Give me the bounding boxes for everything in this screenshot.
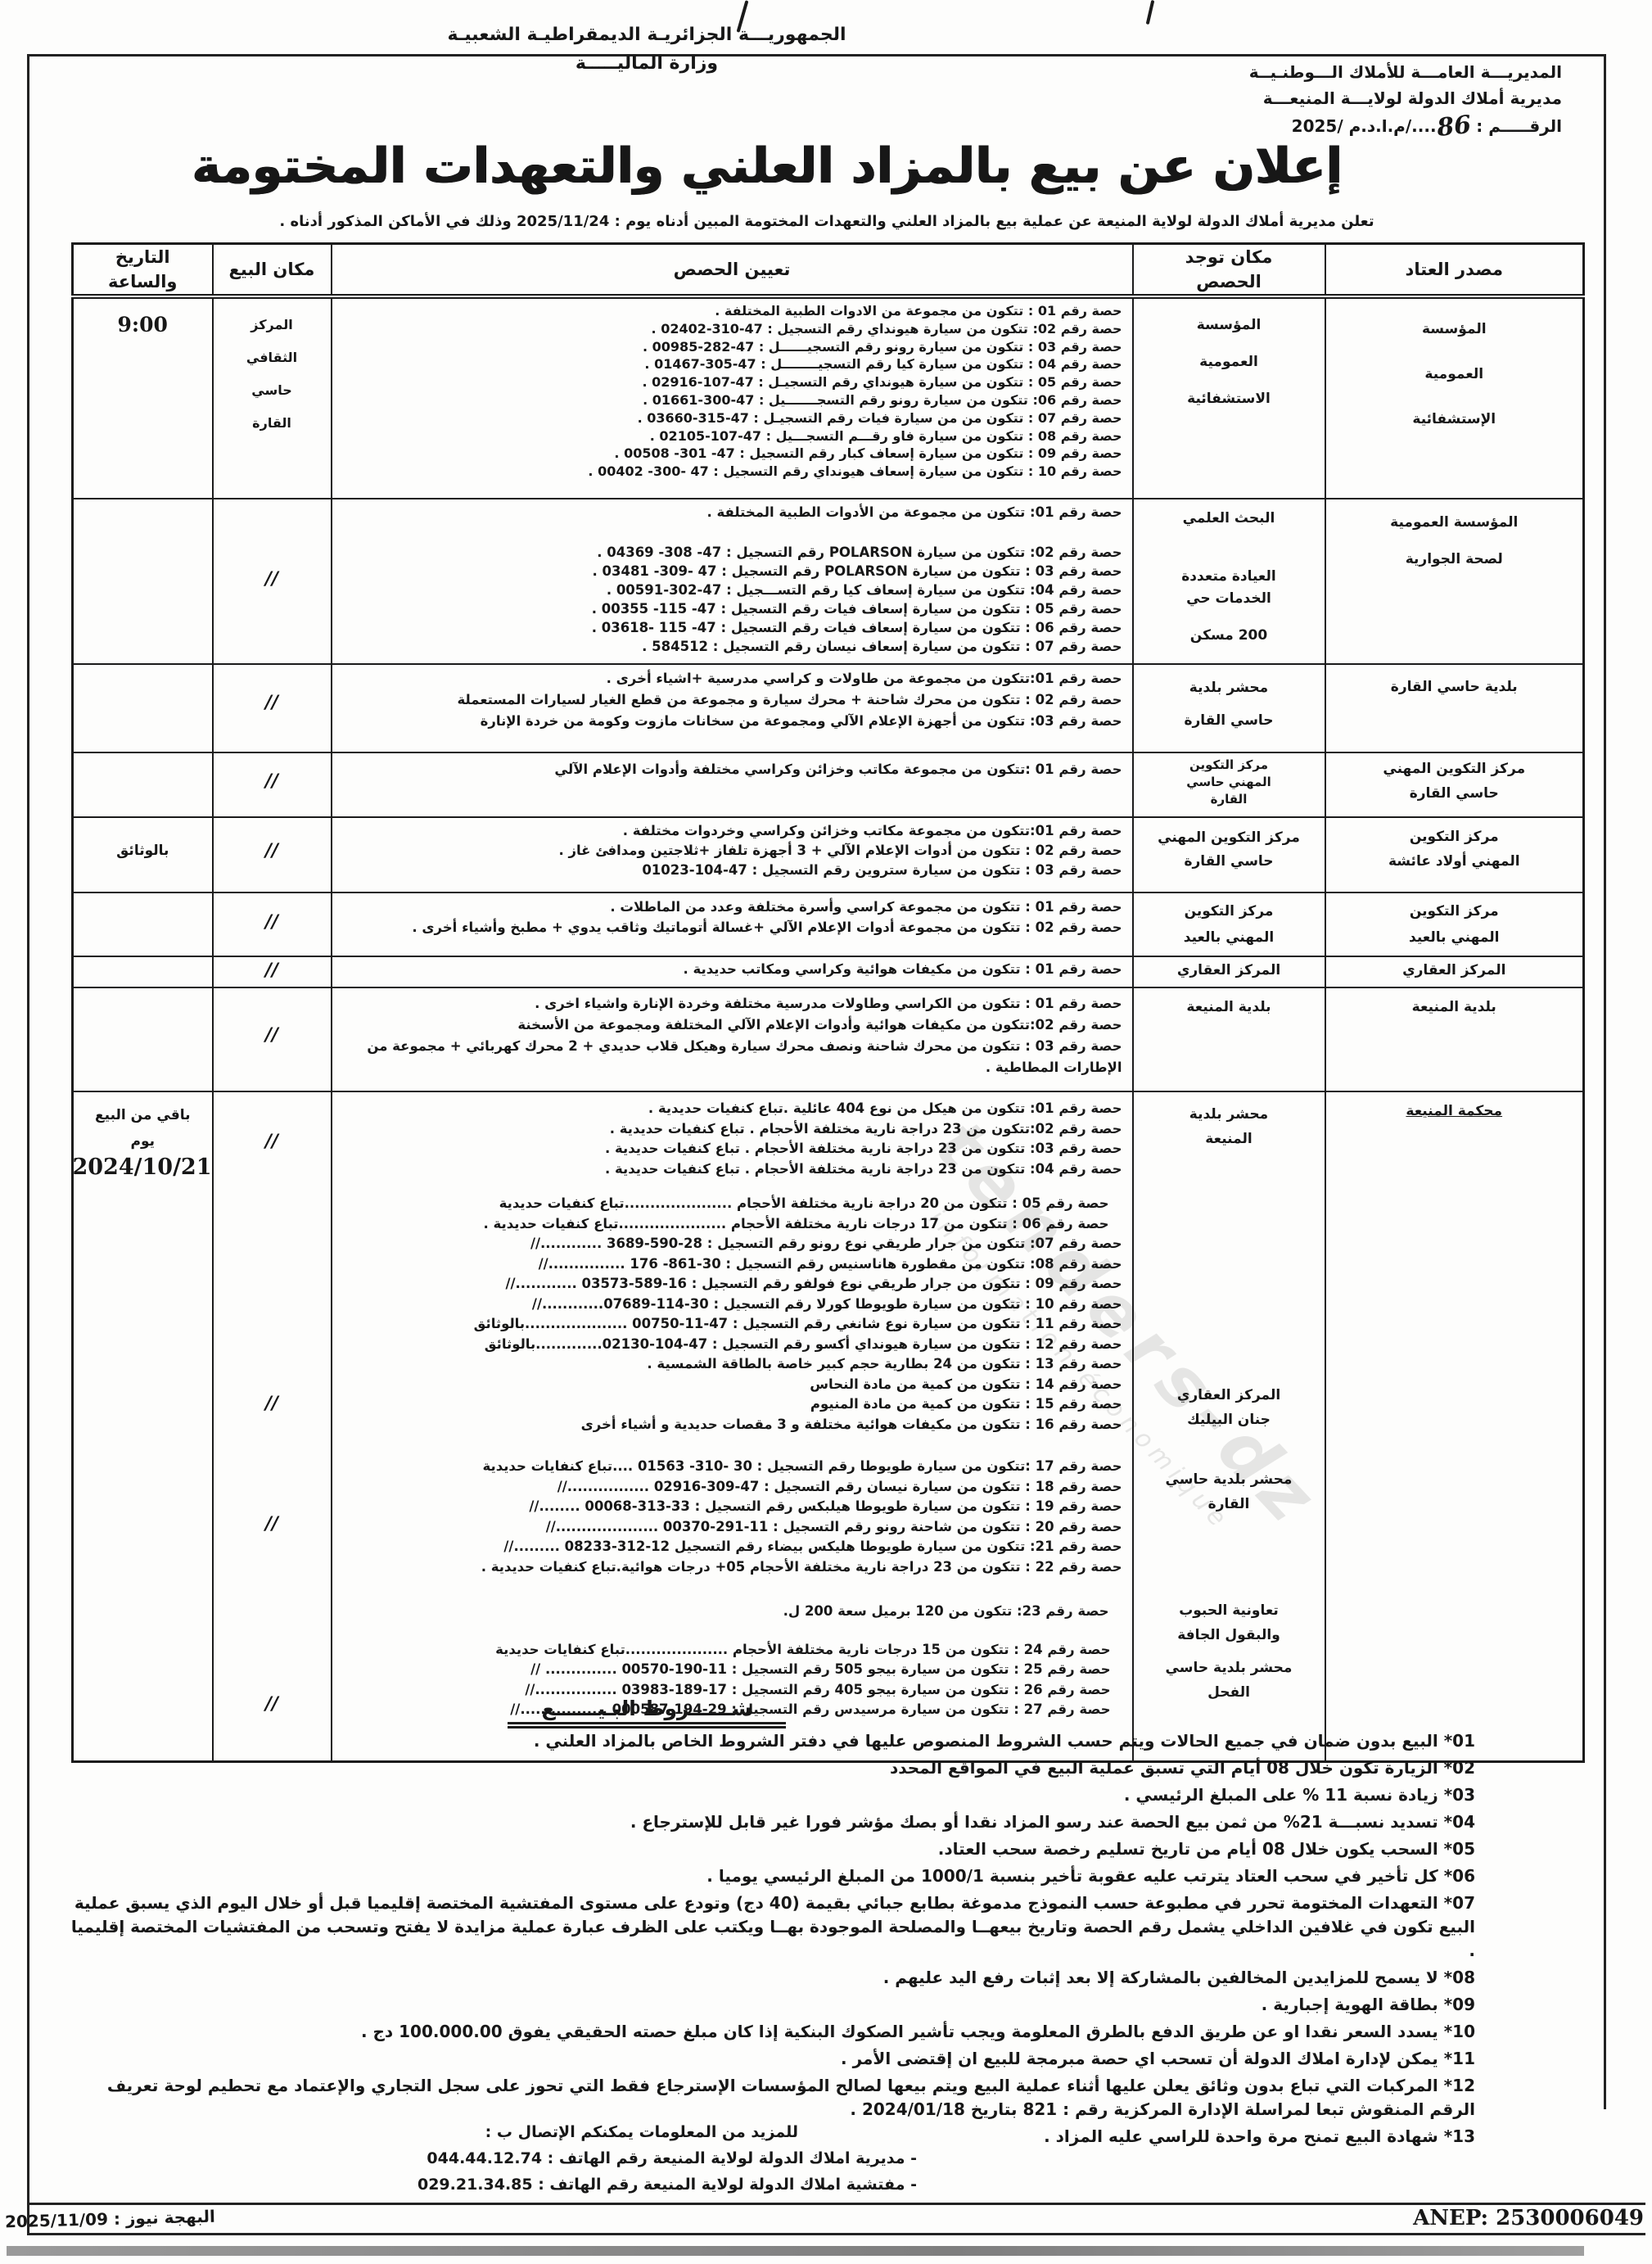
location-block: العيادة متعددةالخدمات حي: [1134, 566, 1325, 610]
condition-item: 01* البيع بدون ضمان في جميع الحالات ويتم…: [65, 1729, 1475, 1753]
source-line: المهني أولاد عائشة: [1326, 849, 1583, 874]
location-line: المهني بالعيد: [1134, 924, 1325, 951]
ditto-mark: //: [214, 1394, 331, 1414]
location-line: المنيعة: [1134, 1127, 1325, 1151]
location-block: محشر بلدية حاسيالقارة: [1134, 1467, 1325, 1516]
table-row: محكمة المنيعةمحشر بلديةالمنيعةالمركز الع…: [73, 1091, 1584, 1762]
location-line: محشر بلدية: [1134, 1102, 1325, 1127]
page-border-left: [27, 54, 29, 2234]
lot-line: حصة رقم 21: تتكون من سيارة طويوطا هليكس …: [332, 1537, 1132, 1557]
cell-datetime: [73, 987, 213, 1091]
equipment-source-content: مركز التكوين المهنيحاسي القارة: [1326, 753, 1583, 813]
equipment-source-content: المؤسسةالعموميةالإستشفائية: [1326, 299, 1583, 493]
intro-text: تعلن مديرية أملاك الدولة لولاية المنيعة …: [98, 213, 1555, 230]
cell-lots-designation: حصة رقم 01:تتكون من مجموعة من طاولات و ك…: [332, 664, 1133, 752]
cell-equipment-source: بلدية المنيعة: [1325, 987, 1584, 1091]
condition-item: 12* المركبات التي تباع بدون وثائق يعلن ع…: [65, 2074, 1475, 2122]
cell-lots-designation: حصة رقم 01: تتكون من مجموعة من الأدوات ا…: [332, 499, 1133, 664]
cell-datetime: [73, 499, 213, 664]
lot-line: حصة رقم 23: تتكون من 120 برميل سعة 200 ل…: [332, 1602, 1132, 1622]
cell-sale-place: //: [213, 664, 332, 752]
location-line: البحث العلمي: [1134, 508, 1325, 530]
location-block: تعاونية الحبوبوالبقول الجافة: [1134, 1598, 1325, 1647]
footer-rule-top: [27, 2203, 1645, 2205]
equipment-source-content: بلدية المنيعة: [1326, 988, 1583, 1091]
column-header: التاريخ والساعة: [73, 244, 213, 297]
location-line: مركز التكوين: [1134, 898, 1325, 924]
lots-location-content: مركز التكوينالمهني بالعيد: [1134, 893, 1325, 956]
table-row: مركز التكوين المهنيحاسي القارةمركز التكو…: [73, 752, 1584, 817]
lots-designation-content: حصة رقم 01:تتكون من مجموعة مكاتب وخزائن …: [332, 818, 1132, 887]
lot-line: حصة رقم 07 : تتكون من سيارة إسعاف نيسان …: [332, 637, 1132, 656]
lots-designation-content: حصة رقم 01 : تتكون من مكيفات هوائية وكرا…: [332, 957, 1132, 986]
lot-line: حصة رقم 16 : تتكون من مكيفات هوائية مختل…: [332, 1415, 1132, 1435]
cell-lots-location: المركز العقاري: [1133, 956, 1325, 987]
scanned-auction-announcement: { "header": { "republic": "الجمهوريـــة …: [0, 0, 1652, 2264]
location-block: مركز التكوينالمهني بالعيد: [1134, 898, 1325, 951]
cell-lots-location: محشر بلديةحاسي القارة: [1133, 664, 1325, 752]
lot-line: حصة رقم 14 : تتكون من كمية من مادة النحا…: [332, 1375, 1132, 1395]
lot-line: حصة رقم 01 : تتكون من مكيفات هوائية وكرا…: [332, 960, 1132, 979]
lot-line: حصة رقم 03 : تتكون من سيارة رونو رقم الت…: [332, 338, 1132, 356]
location-line: حاسي القارة: [1134, 704, 1325, 737]
table-row: بلدية حاسي القارةمحشر بلديةحاسي القارةحص…: [73, 664, 1584, 752]
cell-equipment-source: محكمة المنيعة: [1325, 1091, 1584, 1762]
location-line: الخدمات حي: [1134, 588, 1325, 610]
lot-line: حصة رقم 01: تتكون من هيكل من نوع 404 عائ…: [332, 1099, 1132, 1119]
cell-sale-place: المركزالثقافيحاسيالقارة: [213, 296, 332, 499]
equipment-source-content: المركز العقاري: [1326, 957, 1583, 987]
table-row: المركز العقاريالمركز العقاريحصة رقم 01 :…: [73, 956, 1584, 987]
lot-line: حصة رقم 04: تتكون من 23 دراجة نارية مختل…: [332, 1159, 1132, 1180]
datetime-content: باقي من البيعيوم2024/10/21: [74, 1092, 212, 1760]
location-line: مركز التكوين المهني: [1134, 826, 1325, 850]
table-row: مركز التكوينالمهني أولاد عائشةمركز التكو…: [73, 817, 1584, 892]
lot-line: حصة رقم 22 : تتكون من 23 دراجة نارية مخت…: [332, 1557, 1132, 1578]
lot-line: حصة رقم 04 : تتكون من سيارة كيا رقم التس…: [332, 355, 1132, 373]
lot-line: حصة رقم 02 : تتكون من مجموعة أدوات الإعل…: [332, 917, 1132, 938]
lot-line: حصة رقم 18 : تتكون من سيارة نيسان رقم ال…: [332, 1477, 1132, 1498]
location-block: مركز التكوينالمهني حاسيالقارة: [1134, 757, 1325, 808]
location-line: حاسي القارة: [1134, 850, 1325, 874]
lot-line: حصة رقم 02: تتكون من سيارة هيونداي رقم ا…: [332, 320, 1132, 338]
lot-line: حصة رقم 11 : تتكون من سيارة نوع شانغي رق…: [332, 1314, 1132, 1335]
datetime-line: 2024/10/21: [74, 1155, 212, 1181]
cell-equipment-source: المؤسسةالعموميةالإستشفائية: [1325, 296, 1584, 499]
sale-place-content: //: [214, 499, 331, 658]
cell-datetime: [73, 664, 213, 752]
table-row: المؤسسةالعموميةالإستشفائيةالمؤسسةالعمومي…: [73, 296, 1584, 499]
cell-lots-location: محشر بلديةالمنيعةالمركز العقاريجنان البي…: [1133, 1091, 1325, 1762]
source-line: مركز التكوين: [1326, 825, 1583, 849]
sale-place-content: //: [214, 753, 331, 810]
lot-line: حصة رقم 06 : تتكون من سيارة إسعاف فيات ر…: [332, 618, 1132, 637]
location-line: والبقول الجافة: [1134, 1623, 1325, 1647]
location-line: محشر بلدية: [1134, 671, 1325, 704]
datetime-content: بالوثائق: [74, 818, 212, 883]
cell-datetime: 9:00: [73, 296, 213, 499]
table-row: المؤسسة العموميةلصحة الجواريةالبحث العلم…: [73, 499, 1584, 664]
cell-lots-designation: حصة رقم 01: تتكون من هيكل من نوع 404 عائ…: [332, 1091, 1133, 1762]
ditto-mark: //: [265, 771, 278, 792]
source-line: حاسي القارة: [1326, 781, 1583, 806]
conditions-title: شــــــروط البـيــــــع: [508, 1697, 786, 1729]
lot-line: حصة رقم 02:تتكون من مكيفات هوائية وأدوات…: [332, 1015, 1132, 1036]
location-line: جنان البيليك: [1134, 1408, 1325, 1432]
equipment-source-content: مركز التكوينالمهني بالعيد: [1326, 893, 1583, 956]
ditto-mark: //: [265, 841, 278, 861]
location-line: القارة: [1134, 791, 1325, 808]
location-block: محشر بلدية حاسيالفحل: [1134, 1656, 1325, 1705]
datetime-content: [74, 665, 212, 740]
doc-number-handwritten: 86: [1435, 112, 1472, 142]
lot-line: حصة رقم 19 : تتكون من سيارة طويوطا هيلبك…: [332, 1497, 1132, 1517]
datetime-content: [74, 499, 212, 658]
condition-item: 10* يسدد السعر نقدا او عن طريق الدفع بال…: [65, 2020, 1475, 2044]
lot-line: حصة رقم 03 : تتكون من سيارة ستروين رقم ا…: [332, 861, 1132, 880]
ditto-mark: //: [214, 1132, 331, 1152]
lots-designation-content: حصة رقم 01 : تتكون من مجموعة كراسي وأسرة…: [332, 893, 1132, 954]
newspaper-name-date: البهجة نيوز : 2025/11/09: [5, 2207, 215, 2232]
contact-line: - مفتشية املاك الدولة لولاية المنيعة رقم…: [342, 2171, 917, 2198]
page-border-right: [1604, 54, 1606, 2109]
condition-item: 03* زيادة نسبة 11 % على المبلغ الرئيسي .: [65, 1783, 1475, 1807]
conditions-list: 01* البيع بدون ضمان في جميع الحالات ويتم…: [65, 1729, 1475, 2152]
cell-lots-location: بلدية المنيعة: [1133, 987, 1325, 1091]
header-row: مصدر العتادمكان توجد الحصصتعيين الحصصمكا…: [73, 244, 1584, 297]
cell-equipment-source: مركز التكوينالمهني أولاد عائشة: [1325, 817, 1584, 892]
sale-place-content: //: [214, 988, 331, 1082]
cell-datetime: [73, 752, 213, 817]
source-line: العمومية: [1326, 352, 1583, 397]
lot-line: حصة رقم 07 : تتكون من من سيارة فيات رقم …: [332, 409, 1132, 427]
lots-location-content: محشر بلديةالمنيعةالمركز العقاريجنان البي…: [1134, 1092, 1325, 1751]
lot-line: حصة رقم 09 : تتكون من جرار طريقي نوع فول…: [332, 1274, 1132, 1295]
cell-lots-designation: حصة رقم 01 : تتكون من مكيفات هوائية وكرا…: [332, 956, 1133, 987]
sale-place-content: //: [214, 665, 331, 740]
scan-bottom-bar: [7, 2246, 1584, 2256]
location-block: محشر بلديةالمنيعة: [1134, 1102, 1325, 1151]
sale-place-line: القارة: [214, 407, 331, 440]
lot-line: حصة رقم 01:تتكون من مجموعة مكاتب وخزائن …: [332, 821, 1132, 841]
directorate-header: المديريـــة العامـــة للأملاك الـــوطنـي…: [1028, 59, 1562, 139]
location-line: المؤسسة: [1134, 307, 1325, 344]
location-line: تعاونية الحبوب: [1134, 1598, 1325, 1623]
lot-line: حصة رقم 17 :تتكون من سيارة طويوطا رقم ال…: [332, 1457, 1132, 1477]
source-line: بلدية حاسي القارة: [1326, 676, 1583, 698]
source-line: المؤسسة: [1326, 307, 1583, 352]
pen-mark-icon: [1146, 0, 1155, 25]
source-line: محكمة المنيعة: [1326, 1099, 1583, 1123]
cell-sale-place: //: [213, 956, 332, 987]
sale-place-line: الثقافي: [214, 341, 331, 374]
datetime-content: [74, 753, 212, 810]
contact-block: للمزيد من المعلومات يمكنكم الإتصال ب : -…: [342, 2119, 917, 2198]
location-block: المركز العقاريجنان البيليك: [1134, 1383, 1325, 1432]
cell-sale-place: //: [213, 817, 332, 892]
lots-designation-content: حصة رقم 01:تتكون من مجموعة من طاولات و ك…: [332, 665, 1132, 743]
location-block: المركز العقاري: [1134, 960, 1325, 980]
cell-lots-designation: حصة رقم 01:تتكون من مجموعة مكاتب وخزائن …: [332, 817, 1133, 892]
datetime-line: بالوثائق: [116, 843, 169, 859]
lot-line: حصة رقم 08: تتكون من مقطورة هاناسنيس رقم…: [332, 1254, 1132, 1275]
condition-item: 04* تسديد نسبـــة ⁦%21⁩ من ثمن بيع الحصة…: [65, 1810, 1475, 1834]
cell-datetime: باقي من البيعيوم2024/10/21: [73, 1091, 213, 1762]
cell-lots-location: المؤسسةالعموميةالاستشفائية: [1133, 296, 1325, 499]
datetime-line: باقي من البيع: [74, 1102, 212, 1128]
cell-datetime: [73, 892, 213, 956]
condition-item: 07* التعهدات المختومة تحرر في مطبوعة حسب…: [65, 1891, 1475, 1963]
lots-designation-content: حصة رقم 01: تتكون من هيكل من نوع 404 عائ…: [332, 1092, 1132, 1757]
directorate-general-line: المديريـــة العامـــة للأملاك الـــوطنـي…: [1028, 59, 1562, 85]
location-line: الاستشفائية: [1134, 381, 1325, 418]
lot-line: حصة رقم 01 :تتكون من مجموعة مكاتب وخزائن…: [332, 760, 1132, 780]
condition-item: 02* الزيارة تكون خلال 08 أيام التي تسبق …: [65, 1756, 1475, 1780]
cell-lots-designation: حصة رقم 01 :تتكون من مجموعة مكاتب وخزائن…: [332, 752, 1133, 817]
republic-line: الجمهوريـــة الجزائريـة الديمقراطيـة الش…: [278, 25, 1015, 45]
sale-place-content: ////////: [214, 1092, 331, 1751]
sale-place-content: //: [214, 893, 331, 951]
equipment-source-content: مركز التكوينالمهني أولاد عائشة: [1326, 818, 1583, 890]
cell-sale-place: ////////: [213, 1091, 332, 1762]
lot-line: حصة رقم 03 : تتكون من سيارة POLARSON رقم…: [332, 562, 1132, 581]
sale-place-line: المركز: [214, 309, 331, 341]
page-title: إعلان عن بيع بالمزاد العلني والتعهدات ال…: [295, 138, 1343, 195]
lot-line: حصة رقم 01:تتكون من مجموعة من طاولات و ك…: [332, 668, 1132, 689]
location-block: 200 مسكن: [1134, 625, 1325, 647]
lot-line: حصة رقم 04: تتكون من سيارة إسعاف كيا رقم…: [332, 581, 1132, 599]
lot-line: حصة رقم 08 : تتكون من سيارة فاو رقـــم ا…: [332, 427, 1132, 445]
cell-equipment-source: المركز العقاري: [1325, 956, 1584, 987]
location-block: مركز التكوين المهنيحاسي القارة: [1134, 826, 1325, 874]
column-header: مكان البيع: [213, 244, 332, 297]
contact-intro: للمزيد من المعلومات يمكنكم الإتصال ب :: [342, 2119, 917, 2145]
table-row: مركز التكوينالمهني بالعيدمركز التكوينالم…: [73, 892, 1584, 956]
republic-header: الجمهوريـــة الجزائريـة الديمقراطيـة الش…: [278, 25, 1015, 74]
lot-line: حصة رقم 02 : تتكون من محرك شاحنة + محرك …: [332, 689, 1132, 711]
lots-location-content: مركز التكوينالمهني حاسيالقارة: [1134, 753, 1325, 813]
lot-line: حصة رقم 03: تتكون من أجهزة الإعلام الآلي…: [332, 711, 1132, 732]
sale-place-content: //: [214, 818, 331, 883]
lot-line: حصة رقم 13 : تتكون من 24 بطارية حجم كبير…: [332, 1354, 1132, 1375]
condition-item: 05* السحب يكون خلال 08 أيام من تاريخ تسل…: [65, 1837, 1475, 1861]
contact-line: - مديرية املاك الدولة لولاية المنيعة رقم…: [342, 2145, 917, 2171]
lot-line: حصة رقم 02: تتكون من سيارة POLARSON رقم …: [332, 543, 1132, 562]
doc-number-label: الرقـــــم :: [1476, 116, 1562, 136]
ditto-mark: //: [214, 1694, 331, 1715]
doc-number-rest: ..../م.ا.د.م /2025: [1292, 116, 1437, 136]
lots-location-content: بلدية المنيعة: [1134, 988, 1325, 1091]
cell-sale-place: //: [213, 892, 332, 956]
location-line: 200 مسكن: [1134, 625, 1325, 647]
cell-sale-place: //: [213, 499, 332, 664]
lot-line: حصة رقم 24 : تتكون من 15 درجات نارية مخت…: [332, 1640, 1132, 1661]
table-row: بلدية المنيعةبلدية المنيعةحصة رقم 01 : ت…: [73, 987, 1584, 1091]
ditto-mark: //: [265, 960, 278, 981]
lots-location-content: المؤسسةالعموميةالاستشفائية: [1134, 299, 1325, 493]
lot-line: حصة رقم 10 : تتكون من سيارة إسعاف هيوندا…: [332, 463, 1132, 481]
location-line: العمومية: [1134, 344, 1325, 381]
ditto-mark: //: [265, 693, 278, 713]
location-line: المهني حاسي: [1134, 774, 1325, 791]
condition-item: 08* لا يسمح للمزايدين المخالفين بالمشارك…: [65, 1966, 1475, 1990]
footer-rule-bottom: [27, 2233, 1645, 2235]
source-line: المؤسسة العمومية: [1326, 504, 1583, 541]
location-line: المركز العقاري: [1134, 1383, 1325, 1408]
datetime-content: 9:00: [74, 299, 212, 498]
doc-number-line: الرقـــــم : 86..../م.ا.د.م /2025: [1028, 111, 1562, 139]
lots-designation-content: حصة رقم 01 : تتكون من مجموعة من الادوات …: [332, 299, 1132, 488]
condition-item: 09* بطاقة الهوية إجبارية .: [65, 1993, 1475, 2017]
datetime-content: [74, 988, 212, 1082]
equipment-source-content: محكمة المنيعة: [1326, 1092, 1583, 1757]
cell-lots-location: البحث العلميالعيادة متعددةالخدمات حي200 …: [1133, 499, 1325, 664]
lots-designation-content: حصة رقم 01 : تتكون من الكراسي وطاولات مد…: [332, 988, 1132, 1087]
cell-equipment-source: المؤسسة العموميةلصحة الجوارية: [1325, 499, 1584, 664]
directorate-line: مديرية أملاك الدولة لولايـــة المنيعـــة: [1028, 85, 1562, 111]
location-line: الفحل: [1134, 1680, 1325, 1705]
cell-lots-location: مركز التكوينالمهني حاسيالقارة: [1133, 752, 1325, 817]
lot-line: حصة رقم 01 : تتكون من مجموعة من الادوات …: [332, 302, 1132, 320]
location-block: البحث العلمي: [1134, 508, 1325, 530]
cell-lots-location: مركز التكوينالمهني بالعيد: [1133, 892, 1325, 956]
sale-place-line: حاسي: [214, 374, 331, 407]
datetime-content: [74, 893, 212, 951]
lot-line: حصة رقم 06: تتكون من سيارة رونو رقم التس…: [332, 391, 1132, 409]
datetime-line: يوم: [74, 1128, 212, 1155]
cell-lots-location: مركز التكوين المهنيحاسي القارة: [1133, 817, 1325, 892]
location-line: محشر بلدية حاسي: [1134, 1656, 1325, 1680]
cell-equipment-source: مركز التكوين المهنيحاسي القارة: [1325, 752, 1584, 817]
cell-datetime: [73, 956, 213, 987]
lots-designation-content: حصة رقم 01: تتكون من مجموعة من الأدوات ا…: [332, 499, 1132, 662]
column-header: مكان توجد الحصص: [1133, 244, 1325, 297]
lot-line: حصة رقم 12 : تتكون من سيارة هيونداي أكسو…: [332, 1335, 1132, 1355]
location-block: المؤسسةالعموميةالاستشفائية: [1134, 307, 1325, 418]
lot-line: حصة رقم 06 : تتكون من 17 درجات نارية مخت…: [332, 1214, 1132, 1235]
datetime-line: 9:00: [74, 312, 212, 338]
cell-lots-designation: حصة رقم 01 : تتكون من مجموعة من الادوات …: [332, 296, 1133, 499]
cell-lots-designation: حصة رقم 01 : تتكون من مجموعة كراسي وأسرة…: [332, 892, 1133, 956]
datetime-content: [74, 957, 212, 983]
lot-line: حصة رقم 10 : تتكون من سيارة طويوطا كورلا…: [332, 1295, 1132, 1315]
equipment-source-content: بلدية حاسي القارة: [1326, 665, 1583, 752]
location-line: محشر بلدية حاسي: [1134, 1467, 1325, 1492]
sale-place-content: المركزالثقافيحاسيالقارة: [214, 299, 331, 495]
lots-location-content: مركز التكوين المهنيحاسي القارة: [1134, 818, 1325, 892]
lot-line: حصة رقم 02:تتكون من 23 دراجة نارية مختلف…: [332, 1119, 1132, 1140]
lot-line: حصة رقم 05 : تتكون من 20 دراجة نارية مخت…: [332, 1194, 1132, 1214]
source-line: مركز التكوين: [1326, 898, 1583, 924]
lot-line: حصة رقم 02 : تتكون من أدوات الإعلام الآل…: [332, 841, 1132, 861]
column-header: مصدر العتاد: [1325, 244, 1584, 297]
lot-line: حصة رقم 15 : تتكون من كمية من مادة المني…: [332, 1394, 1132, 1415]
lot-line: حصة رقم 05 : تتكون من سيارة إسعاف فيات ر…: [332, 599, 1132, 618]
source-line: المركز العقاري: [1326, 960, 1583, 980]
condition-item: 11* يمكن لإدارة املاك الدولة أن تسحب اي …: [65, 2047, 1475, 2071]
cell-equipment-source: بلدية حاسي القارة: [1325, 664, 1584, 752]
cell-datetime: بالوثائق: [73, 817, 213, 892]
lots-location-content: محشر بلديةحاسي القارة: [1134, 665, 1325, 747]
lot-line: حصة رقم 01 : تتكون من مجموعة كراسي وأسرة…: [332, 897, 1132, 917]
ditto-mark: //: [214, 1514, 331, 1534]
lots-location-content: البحث العلميالعيادة متعددةالخدمات حي200 …: [1134, 499, 1325, 663]
condition-item: 06* كل تأخير في سحب العتاد يترتب عليه عق…: [65, 1864, 1475, 1888]
source-line: المهني بالعيد: [1326, 924, 1583, 951]
cell-sale-place: //: [213, 752, 332, 817]
source-line: بلدية المنيعة: [1326, 996, 1583, 1018]
lot-line: حصة رقم 25 : تتكون من سيارة بيجو 505 رقم…: [332, 1660, 1132, 1680]
source-line: مركز التكوين المهني: [1326, 757, 1583, 781]
location-line: القارة: [1134, 1492, 1325, 1516]
source-line: الإستشفائية: [1326, 397, 1583, 442]
lot-line: حصة رقم 01 : تتكون من الكراسي وطاولات مد…: [332, 993, 1132, 1015]
lot-line: حصة رقم 05 : تتكون من سيارة هيونداي رقم …: [332, 373, 1132, 391]
cell-lots-designation: حصة رقم 01 : تتكون من الكراسي وطاولات مد…: [332, 987, 1133, 1091]
auction-table: مصدر العتادمكان توجد الحصصتعيين الحصصمكا…: [71, 242, 1585, 1763]
anep-number: ANEP: 2530006049: [1413, 2206, 1644, 2230]
table-head: مصدر العتادمكان توجد الحصصتعيين الحصصمكا…: [73, 244, 1584, 297]
ditto-mark: //: [265, 1025, 278, 1046]
cell-sale-place: //: [213, 987, 332, 1091]
lot-line: حصة رقم 03: تتكون من 23 دراجة نارية مختل…: [332, 1139, 1132, 1159]
location-line: العيادة متعددة: [1134, 566, 1325, 588]
table-body: المؤسسةالعموميةالإستشفائيةالمؤسسةالعمومي…: [73, 296, 1584, 1762]
lot-line: حصة رقم 01: تتكون من مجموعة من الأدوات ا…: [332, 503, 1132, 522]
ditto-mark: //: [265, 569, 278, 590]
lots-designation-content: حصة رقم 01 :تتكون من مجموعة مكاتب وخزائن…: [332, 753, 1132, 816]
lot-line: حصة رقم 03 : تتكون من محرك شاحنة ونصف مح…: [332, 1036, 1132, 1078]
lot-line: حصة رقم 20 : تتكون من شاحنة رونو رقم الت…: [332, 1517, 1132, 1538]
ministry-line: وزارة الماليـــــة: [278, 53, 1015, 74]
location-line: بلدية المنيعة: [1134, 996, 1325, 1018]
lots-location-content: المركز العقاري: [1134, 957, 1325, 987]
sale-place-content: //: [214, 957, 331, 983]
lot-line: حصة رقم 09 : تتكون من سيارة إسعاف كبار ر…: [332, 445, 1132, 463]
lot-line: حصة رقم 07: تتكون من جرار طريقي نوع رونو…: [332, 1234, 1132, 1254]
equipment-source-content: المؤسسة العموميةلصحة الجوارية: [1326, 499, 1583, 663]
location-block: محشر بلديةحاسي القارة: [1134, 671, 1325, 737]
location-line: المركز العقاري: [1134, 960, 1325, 980]
location-line: مركز التكوين: [1134, 757, 1325, 774]
source-line: لصحة الجوارية: [1326, 541, 1583, 578]
column-header: تعيين الحصص: [332, 244, 1133, 297]
ditto-mark: //: [265, 912, 278, 933]
cell-equipment-source: مركز التكوينالمهني بالعيد: [1325, 892, 1584, 956]
location-block: بلدية المنيعة: [1134, 996, 1325, 1018]
